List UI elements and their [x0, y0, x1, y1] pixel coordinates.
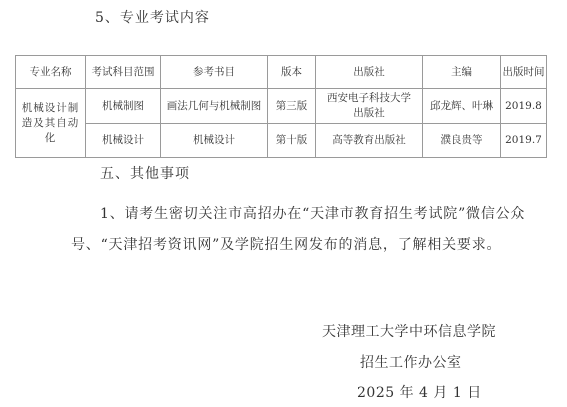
book-cell: 画法几何与机械制图 [161, 89, 268, 124]
editor-cell: 濮良贵等 [423, 124, 501, 158]
header-editor: 主编 [423, 56, 501, 89]
subject-cell: 机械制图 [86, 89, 161, 124]
header-major: 专业名称 [16, 56, 86, 89]
editor-cell: 邱龙辉、叶琳 [423, 89, 501, 124]
edition-cell: 第十版 [268, 124, 316, 158]
header-book: 参考书目 [161, 56, 268, 89]
date-cell: 2019.8 [501, 89, 547, 124]
publisher-cell: 西安电子科技大学出版社 [316, 89, 423, 124]
book-cell: 机械设计 [161, 124, 268, 158]
header-date: 出版时间 [501, 56, 547, 89]
date-cell: 2019.7 [501, 124, 547, 158]
table-header-row: 专业名称 考试科目范围 参考书目 版本 出版社 主编 出版时间 [16, 56, 547, 89]
signature-office: 招生工作办公室 [360, 352, 462, 372]
section-title: 5、专业考试内容 [95, 7, 210, 27]
notice-paragraph: 1、请考生密切关注市高招办在“天津市教育招生考试院”微信公众号、“天津招考资讯网… [71, 199, 541, 260]
table-row: 机械设计 机械设计 第十版 高等教育出版社 濮良贵等 2019.7 [16, 124, 547, 158]
header-subject: 考试科目范围 [86, 56, 161, 89]
header-edition: 版本 [268, 56, 316, 89]
subject-cell: 机械设计 [86, 124, 161, 158]
major-cell: 机械设计制造及其自动化 [16, 89, 86, 158]
exam-content-table: 专业名称 考试科目范围 参考书目 版本 出版社 主编 出版时间 机械设计制造及其… [15, 55, 547, 158]
edition-cell: 第三版 [268, 89, 316, 124]
other-matters-heading: 五、其他事项 [100, 163, 190, 183]
table-row: 机械设计制造及其自动化 机械制图 画法几何与机械制图 第三版 西安电子科技大学出… [16, 89, 547, 124]
signature-date: 2025 年 4 月 1 日 [357, 382, 482, 402]
signature-organization: 天津理工大学中环信息学院 [322, 321, 496, 341]
publisher-cell: 高等教育出版社 [316, 124, 423, 158]
header-publisher: 出版社 [316, 56, 423, 89]
